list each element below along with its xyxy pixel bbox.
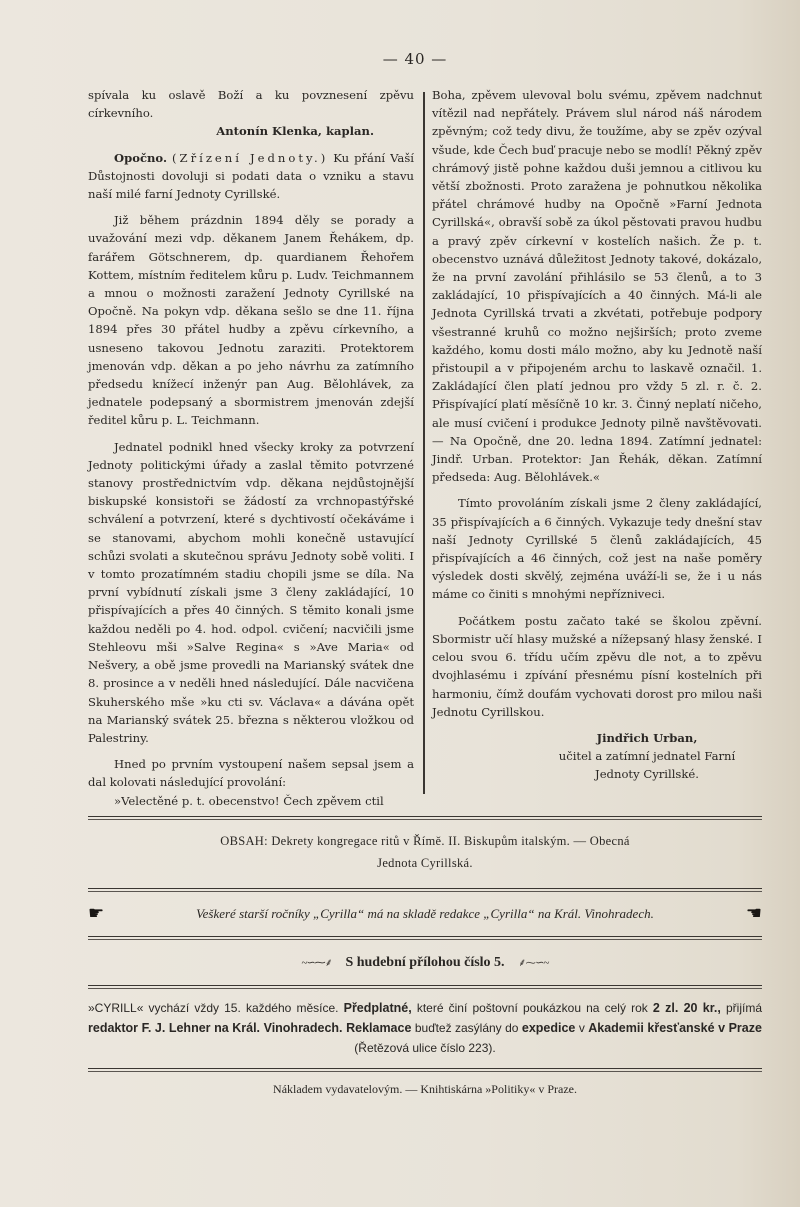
- page-number: — 40 —: [0, 50, 800, 68]
- right-column: Boha, zpěvem ulevoval bolu svému, zpěvem…: [432, 86, 762, 784]
- paragraph: Hned po prvním vystoupení našem sepsal j…: [88, 755, 414, 791]
- rule: [88, 985, 762, 989]
- paragraph: »Velectěné p. t. obecenstvo! Čech zpěvem…: [88, 792, 414, 810]
- publication-info: »CYRILL« vychází vždy 15. každého měsíce…: [88, 998, 762, 1058]
- rule-top: [88, 816, 762, 820]
- rule: [88, 1068, 762, 1072]
- section-subheading: (Zřízení Jednoty.): [172, 151, 328, 165]
- paragraph: Počátkem postu začato také se školou zpě…: [432, 612, 762, 721]
- ornament-left-icon: ~∽⁓⸙: [302, 957, 332, 969]
- column-divider: [423, 92, 425, 794]
- signature-klenka: Antonín Klenka, kaplan.: [88, 122, 414, 140]
- rule: [88, 936, 762, 940]
- paragraph-opocno: Opočno. (Zřízení Jednoty.) Ku přání Vaší…: [88, 149, 414, 204]
- ornament-right-icon: ⸙⁓∽~: [518, 957, 548, 969]
- supplement-line: ~∽⁓⸙ S hudební přílohou číslo 5. ⸙⁓∽~: [88, 955, 762, 971]
- paragraph: Tímto provoláním získali jsme 2 členy za…: [432, 494, 762, 603]
- left-column: spívala ku oslavě Boží a ku povznesení z…: [88, 86, 414, 810]
- notice: ☛ Veškeré starší ročníky „Cyrilla“ má na…: [88, 903, 762, 924]
- footer-imprint: Nákladem vydavatelovým. — Knihtiskárna »…: [88, 1082, 762, 1097]
- paragraph: Boha, zpěvem ulevoval bolu svému, zpěvem…: [432, 86, 762, 486]
- signature-urban: Jindřich Urban, učitel a zatímní jednate…: [432, 729, 762, 784]
- contents-section: OBSAH: Dekrety kongregace ritů v Římě. I…: [88, 830, 762, 874]
- paragraph: Již během prázdnin 1894 děly se porady a…: [88, 211, 414, 429]
- paragraph: Jednatel podnikl hned všecky kroky za po…: [88, 438, 414, 747]
- rule: [88, 888, 762, 892]
- paragraph: spívala ku oslavě Boží a ku povznesení z…: [88, 86, 414, 122]
- pointing-hand-right-icon: ☛: [88, 903, 104, 924]
- pointing-hand-left-icon: ☚: [746, 903, 762, 924]
- section-heading: Opočno.: [114, 151, 167, 165]
